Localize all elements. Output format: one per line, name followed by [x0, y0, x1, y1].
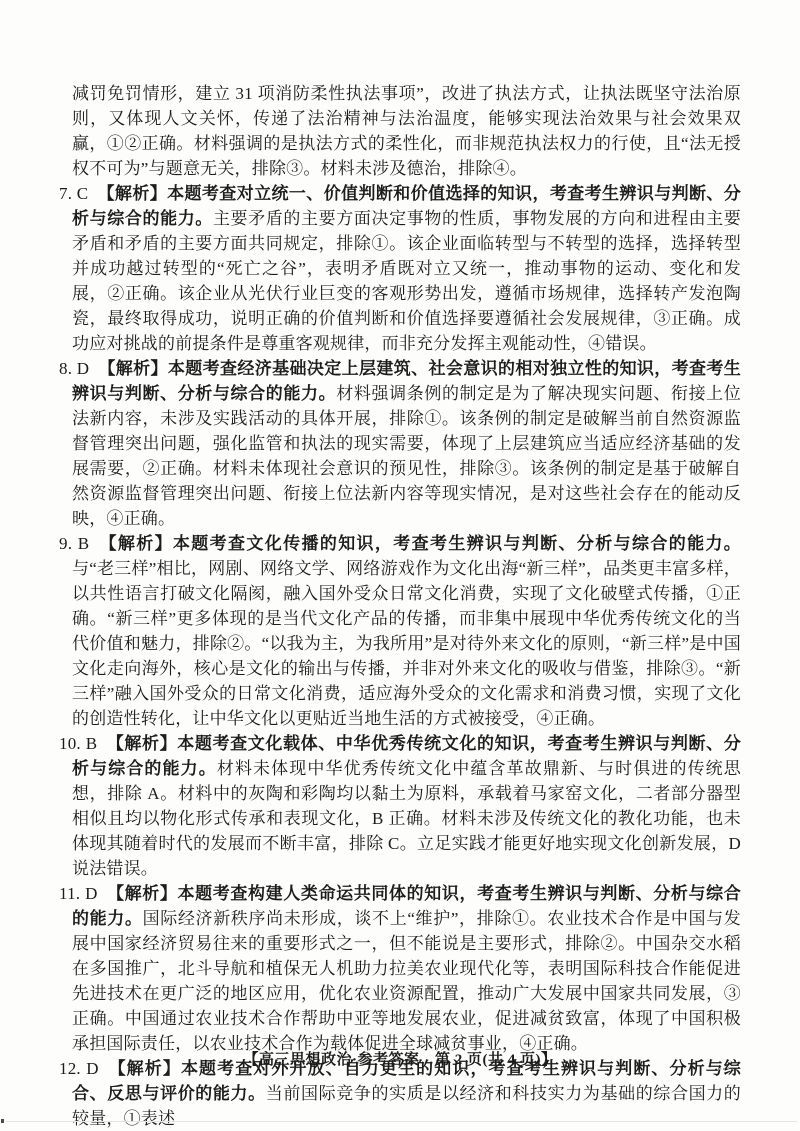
scanned-answer-key-page: 减罚免罚情形，建立 31 项消防柔性执法事项”，改进了执法方式，让执法既坚守法治…	[0, 0, 800, 1131]
answer-explanations: 减罚免罚情形，建立 31 项消防柔性执法事项”，改进了执法方式，让执法既坚守法治…	[72, 81, 741, 1131]
page-footer: 【高三思想政治·参考答案 第 2 页(共 4 页)】	[0, 1048, 800, 1069]
item-number: 10. B	[59, 734, 97, 753]
item-number: 11. D	[59, 884, 98, 903]
answer-item: 8. D【解析】本题考查经济基础决定上层建筑、社会意识的相对独立性的知识，考查考…	[72, 356, 741, 531]
item-number: 7. C	[59, 184, 88, 203]
item-body: 材料强调条例的制定是为了解决现实问题、衔接上位法新内容，未涉及实践活动的具体开展…	[72, 384, 741, 528]
item-body: 与“老三样”相比，网剧、网络文学、网络游戏作为文化出海“新三样”，品类更丰富多样…	[72, 559, 741, 728]
answer-item: 11. D【解析】本题考查构建人类命运共同体的知识，考查考生辨识与判断、分析与综…	[72, 881, 741, 1056]
item-number: 9. B	[59, 534, 89, 553]
answer-item: 9. B【解析】本题考查文化传播的知识，考查考生辨识与判断、分析与综合的能力。与…	[72, 531, 741, 731]
scan-artifact-smudge	[718, 1068, 720, 1070]
item-lead: 【解析】本题考查文化传播的知识，考查考生辨识与判断、分析与综合的能力。	[98, 534, 741, 553]
items-list: 7. C【解析】本题考查对立统一、价值判断和价值选择的知识，考查考生辨识与判断、…	[72, 181, 741, 1131]
answer-item: 7. C【解析】本题考查对立统一、价值判断和价值选择的知识，考查考生辨识与判断、…	[72, 181, 741, 356]
scan-artifact-dot	[1, 1119, 4, 1123]
scan-edge-line	[6, 1121, 797, 1122]
item-body: 主要矛盾的主要方面决定事物的性质，事物发展的方向和进程由主要矛盾和矛盾的主要方面…	[72, 209, 741, 353]
item-body: 国际经济新秩序尚未形成，谈不上“维护”，排除①。农业技术合作是中国与发展中国家经…	[72, 909, 741, 1053]
item-number: 8. D	[59, 359, 89, 378]
answer-item: 10. B【解析】本题考查文化载体、中华优秀传统文化的知识，考查考生辨识与判断、…	[72, 731, 741, 881]
intro-continuation-paragraph: 减罚免罚情形，建立 31 项消防柔性执法事项”，改进了执法方式，让执法既坚守法治…	[72, 81, 741, 181]
